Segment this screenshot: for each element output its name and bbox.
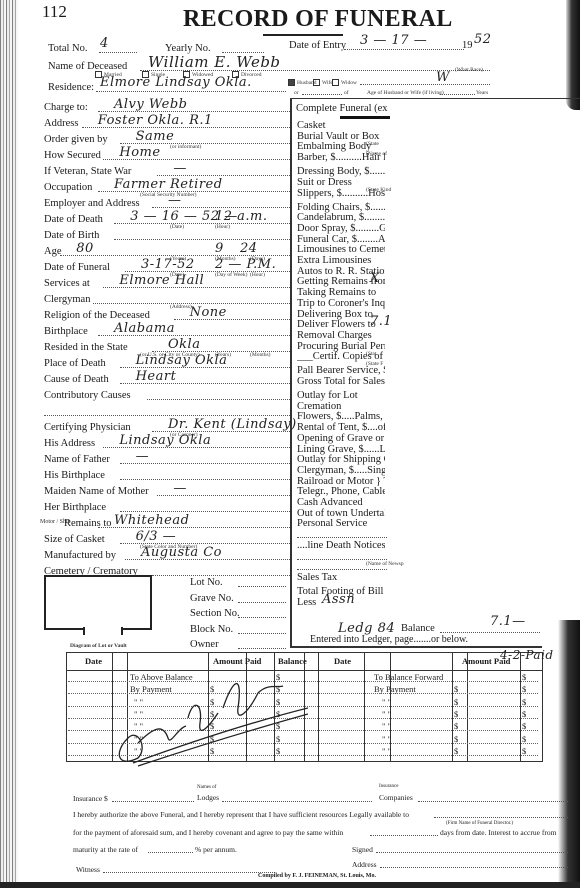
charge-item: Removal Charges xyxy=(297,330,385,341)
page-shadow-top-right xyxy=(566,0,580,110)
dollar-sign: $ xyxy=(454,721,458,731)
charge-item: Lining Grave, $......Lowe xyxy=(297,444,385,455)
field-label: Birthplace xyxy=(44,326,88,337)
page-bottom-edge xyxy=(0,882,580,888)
year-prefix: 19 xyxy=(462,40,473,51)
field-value: Whitehead xyxy=(114,513,189,528)
complete-funeral-header: Complete Funeral (except outla xyxy=(296,103,388,114)
ledger-right-row-label: By Payment xyxy=(374,684,416,694)
dollar-sign: $ xyxy=(522,709,526,719)
field-value: None xyxy=(190,305,227,320)
field-value: Alvy Webb xyxy=(114,97,188,112)
field-input[interactable] xyxy=(44,415,290,416)
companies-field[interactable] xyxy=(418,801,568,802)
field-value-secondary: 12 a.m. xyxy=(215,209,268,224)
per-annum-text: % per annum. xyxy=(195,845,237,854)
field-label: Address xyxy=(44,118,78,129)
date-of-entry-value: 3 — 17 — xyxy=(360,33,427,48)
charge-item: Dressing Body, $..........U xyxy=(297,166,385,177)
witness-label: Witness xyxy=(76,865,100,874)
lot-field-input[interactable] xyxy=(238,617,286,618)
ledger-left-balance-header: Balance xyxy=(278,656,307,666)
field-value-secondary: 9 xyxy=(215,241,224,256)
field-label: Employer and Address xyxy=(44,198,140,209)
charge-item: Outlay for Shipping Charge xyxy=(297,454,385,465)
field-value: — xyxy=(173,481,187,496)
total-no-label: Total No. xyxy=(48,43,88,54)
field-value: 80 xyxy=(76,241,94,256)
charge-blank-line[interactable] xyxy=(297,569,387,570)
payment-text: for the payment of aforesaid sum, and I … xyxy=(73,828,343,837)
checkbox-husband-checked[interactable] xyxy=(288,79,295,86)
balance-label: Balance xyxy=(401,623,435,634)
checkbox-widow[interactable] xyxy=(332,79,339,86)
firm-name-label: (Firm Name of Funeral Director.) xyxy=(446,821,513,826)
residence-value: Elmore Lindsay Okla. xyxy=(100,75,252,90)
field-label: Date of Funeral xyxy=(44,262,110,273)
address-label: Address xyxy=(352,860,377,869)
charge-value: Assn xyxy=(322,592,355,607)
lot-diagram-box[interactable] xyxy=(44,575,152,630)
ledger-right-row-label: " " xyxy=(382,709,391,719)
charge-item: Limousines to Cemetery xyxy=(297,244,385,255)
dollar-sign: $ xyxy=(454,709,458,719)
total-no-field[interactable] xyxy=(99,52,137,53)
dollar-sign: $ xyxy=(454,684,458,694)
field-input[interactable] xyxy=(120,479,290,480)
charge-item: Telegr., Phone, Cable or Ra xyxy=(297,486,385,497)
field-note-tertiary: (Hour) xyxy=(250,272,265,278)
field-input[interactable] xyxy=(120,511,290,512)
field-label: How Secured xyxy=(44,150,101,161)
ledger-column-divider xyxy=(318,652,319,762)
field-label: Order given by xyxy=(44,134,108,145)
charge-item: Candelabrum, $........Canc xyxy=(297,212,385,223)
ledger-left-date-header: Date xyxy=(85,656,102,666)
charge-item: Barber, $..........Hair Dr xyxy=(297,152,385,163)
field-label: If Veteran, State War xyxy=(44,166,131,177)
charge-item: Rental of Tent, $....of Tem xyxy=(297,422,385,433)
field-value: Lindsay Okla xyxy=(119,433,211,448)
lot-field-label: Grave No. xyxy=(190,593,234,604)
complete-funeral-underline xyxy=(340,116,390,119)
compiled-by: Compiled by F. J. FEINEMAN, St. Louis, M… xyxy=(258,873,376,879)
field-label: Size of Casket xyxy=(44,534,105,545)
field-label: Religion of the Deceased xyxy=(44,310,150,321)
spouse-of-suffix: of xyxy=(344,90,349,96)
spouse-or-label: or xyxy=(294,90,299,96)
field-input[interactable] xyxy=(147,399,290,400)
field-input[interactable] xyxy=(114,239,290,240)
field-value: — xyxy=(168,193,182,208)
ledger-right-row-label: " " xyxy=(382,721,391,731)
date-of-entry-field[interactable] xyxy=(344,49,464,50)
lot-field-label: Owner xyxy=(190,639,219,650)
field-label: Maiden Name of Mother xyxy=(44,486,149,497)
charge-item: Casket xyxy=(297,120,385,131)
lot-diagram-leg-right xyxy=(121,627,123,635)
field-note-secondary: (Day of Week) xyxy=(215,272,247,278)
field-label: Manufactured by xyxy=(44,550,116,561)
charge-value: 7.1 xyxy=(370,314,392,329)
page-number: 112 xyxy=(42,2,67,22)
days-field[interactable] xyxy=(370,835,438,836)
year-value: 52 xyxy=(474,32,492,47)
field-value: Farmer Retired xyxy=(114,177,223,192)
charge-item: Trip to Coroner's Inquest xyxy=(297,298,385,309)
lot-field-input[interactable] xyxy=(238,586,286,587)
field-value: — xyxy=(136,449,150,464)
ledger-column-divider xyxy=(452,652,453,762)
page-title: RECORD OF FUNERAL xyxy=(183,6,453,33)
ledger-column-divider xyxy=(520,652,521,762)
spouse-of-field[interactable] xyxy=(302,94,342,95)
date-of-entry-label: Date of Entry xyxy=(289,40,346,51)
field-value: Foster Okla. R.1 xyxy=(98,113,213,128)
lot-field-input[interactable] xyxy=(238,602,286,603)
charge-item: Outlay for Lot xyxy=(297,390,385,401)
companies-label-top: Insurance xyxy=(379,784,398,789)
page-binding-edge xyxy=(0,0,18,888)
field-label: Place of Death xyxy=(44,358,106,369)
charge-item: Railroad or Motor } Tickets, $ xyxy=(297,476,385,487)
spouse-age-label: Age of Husband or Wife (if living) xyxy=(367,90,444,96)
charge-item: Out of town Undertaker's C xyxy=(297,508,385,519)
field-value: 6/3 — xyxy=(136,529,177,544)
ledger-right-row-label: " " xyxy=(382,746,391,756)
spouse-widow[interactable]: Widow xyxy=(332,79,357,86)
field-value: Lindsay Okla xyxy=(136,353,228,368)
days-text: days from date. Interest to accrue from xyxy=(440,828,556,837)
lot-field-label: Block No. xyxy=(190,624,233,635)
page-shadow-bottom-right xyxy=(558,620,580,888)
total-no-value: 4 xyxy=(100,36,109,51)
lot-field-input[interactable] xyxy=(238,633,286,634)
authorize-text: I hereby authorize the above Funeral, an… xyxy=(73,810,409,819)
dollar-sign: $ xyxy=(522,746,526,756)
field-value: Alabama xyxy=(114,321,175,336)
residence-field[interactable] xyxy=(96,91,286,92)
field-label: Name of Father xyxy=(44,454,110,465)
lodges-field[interactable] xyxy=(222,801,372,802)
dollar-sign: $ xyxy=(454,697,458,707)
ledger-column-divider xyxy=(66,652,67,762)
race-value: W xyxy=(436,70,450,85)
dollar-sign: $ xyxy=(454,734,458,744)
ledger-column-divider xyxy=(364,652,365,762)
field-value-tertiary: 24 xyxy=(240,241,258,256)
field-label: His Address xyxy=(44,438,95,449)
lot-diagram-leg-left xyxy=(83,627,85,635)
ledger-left-amount-paid-header: Amount Paid xyxy=(213,656,261,666)
balance-value: 7.1— xyxy=(490,614,526,629)
field-label: Services at xyxy=(44,278,90,289)
checkbox-wife[interactable] xyxy=(313,79,320,86)
lot-diagram-opening xyxy=(84,627,122,632)
charge-item: Gross Total for Sales Tax xyxy=(297,376,385,387)
charge-item: Taking Remains to xyxy=(297,287,385,298)
residence-label: Residence: xyxy=(48,82,94,93)
dollar-sign: $ xyxy=(522,672,526,682)
field-value: — xyxy=(173,161,187,176)
field-note: (Date) xyxy=(170,224,184,230)
paid-in-full-signature-icon: Paid in full xyxy=(108,668,308,768)
charge-item: Door Spray, $.........Glov xyxy=(297,223,385,234)
charge-item: Clergyman, $.....Singers, $ xyxy=(297,465,385,476)
charge-item: ....line Death Notices in xyxy=(297,540,385,551)
race-field[interactable] xyxy=(360,84,490,85)
address-field[interactable] xyxy=(380,867,568,868)
dollar-sign: $ xyxy=(522,734,526,744)
lot-field-label: Section No. xyxy=(190,608,240,619)
field-value: Elmore Hall xyxy=(119,273,204,288)
motor-ship-prefix: Motor / Ship xyxy=(40,519,71,525)
lodges-label-top: Names of xyxy=(197,785,216,790)
dollar-sign: $ xyxy=(522,697,526,707)
field-label: Resided in the State xyxy=(44,342,128,353)
ledger-right-handwritten-header: 4-2-Paid xyxy=(500,648,554,662)
spouse-age-suffix: Years xyxy=(476,90,488,96)
field-note: (or informant) xyxy=(170,144,201,150)
field-value: Dr. Kent (Lindsay) xyxy=(168,417,297,432)
field-value: Okla xyxy=(168,337,200,352)
field-label: Date of Death xyxy=(44,214,103,225)
insurance-field[interactable] xyxy=(112,801,194,802)
charge-item: Opening of Grave or Tomb xyxy=(297,433,385,444)
ledger-column-divider xyxy=(542,652,543,762)
field-value: Home xyxy=(119,145,160,160)
field-label: His Birthplace xyxy=(44,470,105,481)
field-label: Contributory Causes xyxy=(44,390,131,401)
insurance-label: Insurance $ xyxy=(73,794,108,803)
charge-blank-line[interactable] xyxy=(297,537,387,538)
field-value: Heart xyxy=(136,369,177,384)
charge-item: Pall Bearer Service, $.... Us xyxy=(297,365,385,376)
field-label: Cause of Death xyxy=(44,374,109,385)
balance-field[interactable] xyxy=(440,632,540,633)
spouse-age-field[interactable] xyxy=(440,94,475,95)
charge-item: Slippers, $..........Hose, xyxy=(297,188,385,199)
charge-item: Sales Tax xyxy=(297,572,385,583)
charge-item: Cash Advanced xyxy=(297,497,385,508)
ledger-right-row-label: " " xyxy=(382,734,391,744)
charge-item: Folding Chairs, $.......Tarp xyxy=(297,202,385,213)
witness-field[interactable] xyxy=(103,872,275,873)
field-value-secondary: 2 — P.M. xyxy=(215,257,276,272)
field-label: Clergyman xyxy=(44,294,90,305)
field-value: Same xyxy=(136,129,175,144)
dollar-sign: $ xyxy=(522,684,526,694)
firm-name-field[interactable] xyxy=(434,817,568,818)
spouse-wife[interactable]: Wife xyxy=(313,79,333,86)
charge-note: (Name of Newsp xyxy=(366,561,404,567)
charge-blank-line[interactable] xyxy=(297,559,387,560)
charge-item: Extra Limousines xyxy=(297,255,385,266)
field-note-secondary: (Hour) xyxy=(215,224,230,230)
ledger-entered-value: Ledg 84 xyxy=(338,621,395,636)
signed-label: Signed xyxy=(352,845,373,854)
charge-item: Flowers, $.....Palms, $ xyxy=(297,411,385,422)
companies-label: Companies xyxy=(379,793,413,802)
charge-value: X xyxy=(370,271,380,286)
deceased-name-value: William E. Webb xyxy=(148,53,281,71)
dollar-sign: $ xyxy=(522,721,526,731)
signed-field[interactable] xyxy=(376,852,568,853)
field-note: (Address) xyxy=(170,304,192,310)
dollar-sign: $ xyxy=(454,746,458,756)
field-value: Augusta Co xyxy=(141,545,222,560)
field-label: Occupation xyxy=(44,182,92,193)
charge-item: Cremation xyxy=(297,401,385,412)
ledger-right-row-label: " " xyxy=(382,697,391,707)
maturity-text: maturity at the rate of xyxy=(73,845,138,854)
field-label: Age xyxy=(44,246,62,257)
ledger-column-divider xyxy=(467,652,468,762)
field-label: Certifying Physician xyxy=(44,422,131,433)
charge-item: Funeral Car, $........Ambu xyxy=(297,234,385,245)
field-label: Date of Birth xyxy=(44,230,99,241)
ledger-right-row-label: To Balance Forward xyxy=(374,672,443,682)
lodges-label: Lodges xyxy=(197,793,219,802)
charge-item: Personal Service xyxy=(297,518,385,529)
field-label: Her Birthplace xyxy=(44,502,106,513)
field-note-tertiary: (Months) xyxy=(250,352,270,358)
lot-field-input[interactable] xyxy=(238,648,286,649)
ledger-right-date-header: Date xyxy=(334,656,351,666)
field-input[interactable] xyxy=(152,575,290,576)
lot-diagram-label: Diagram of Lot or Vault xyxy=(70,643,127,649)
race-label: (What Race) xyxy=(455,67,483,73)
field-label: Charge to: xyxy=(44,102,88,113)
interest-rate-field[interactable] xyxy=(148,852,193,853)
field-value: 3-17-52 xyxy=(141,257,195,272)
lot-field-label: Lot No. xyxy=(190,577,223,588)
title-underline xyxy=(263,34,343,36)
